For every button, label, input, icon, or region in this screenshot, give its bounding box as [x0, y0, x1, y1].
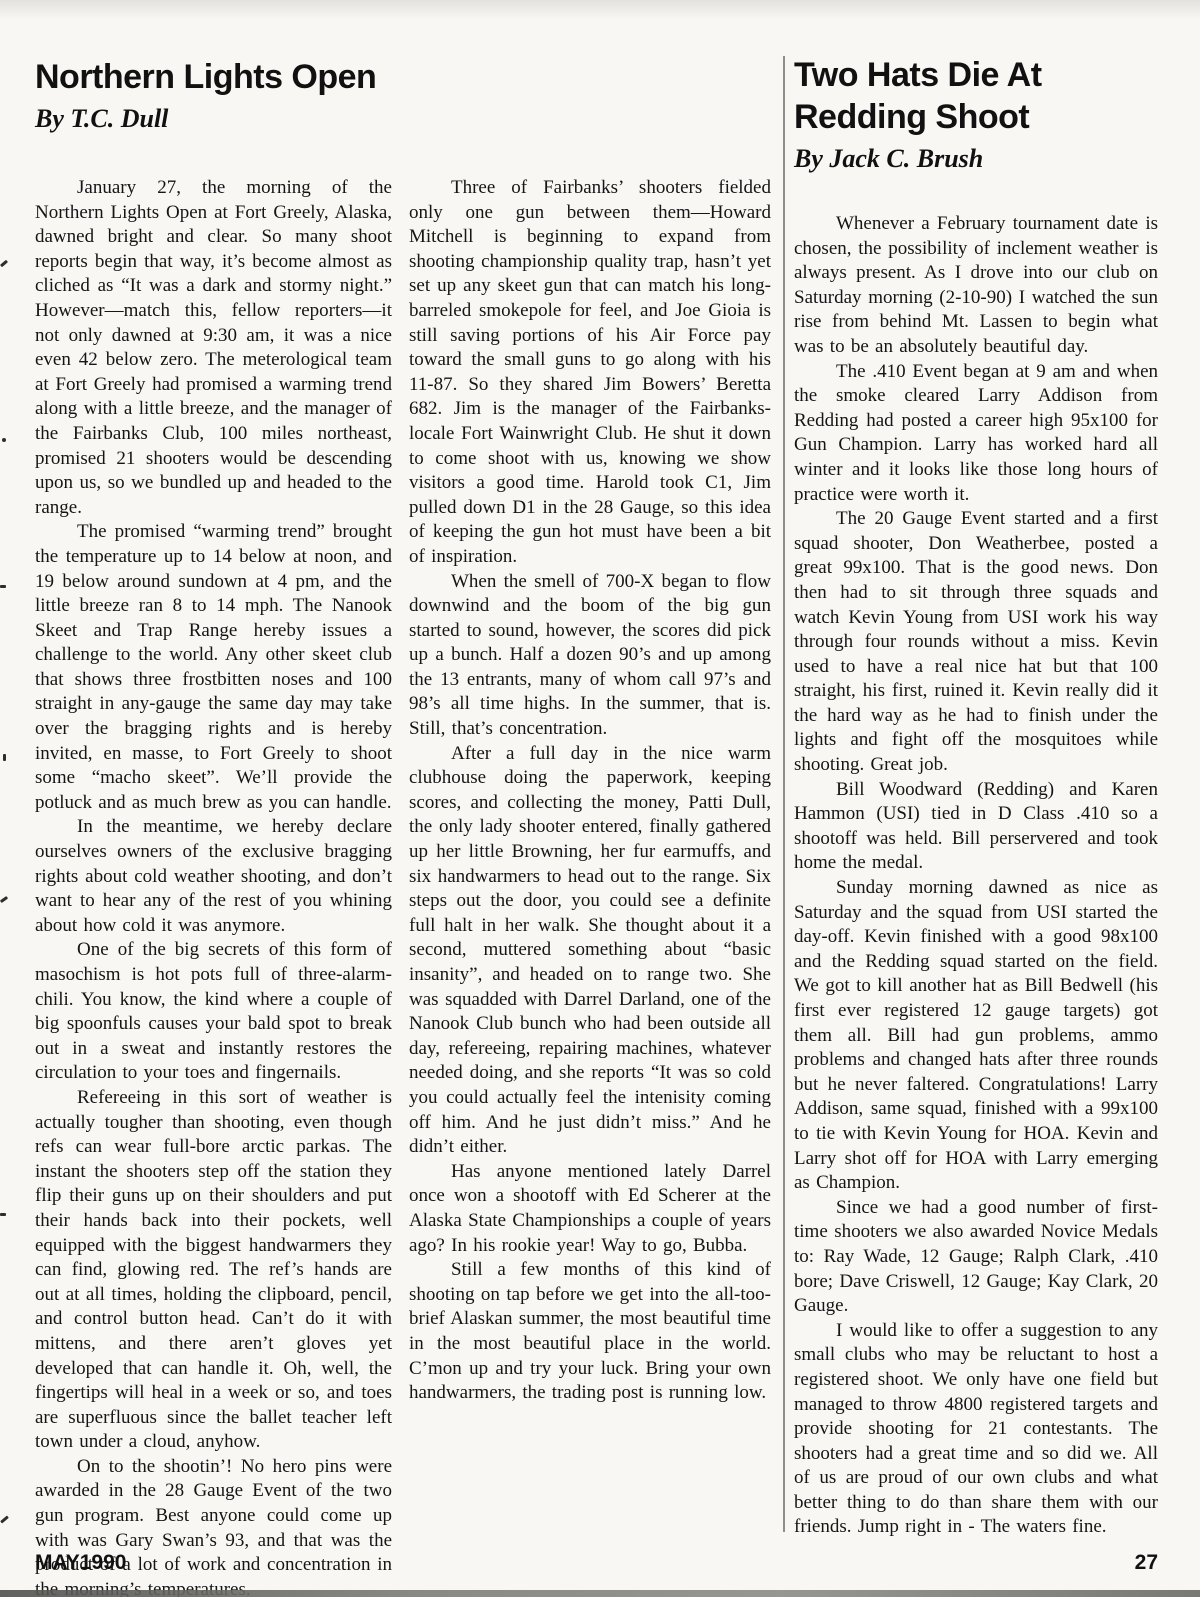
article-byline: By T.C. Dull	[35, 104, 395, 134]
scan-mark	[0, 896, 8, 903]
paragraph: On to the shootin’! No hero pins were aw…	[35, 1455, 392, 1597]
magazine-page: Northern Lights Open By T.C. Dull Two Ha…	[0, 0, 1200, 1597]
paragraph: After a full day in the nice warm clubho…	[409, 742, 771, 1160]
paragraph: The promised “warming trend” brought the…	[35, 520, 392, 815]
paragraph: Whenever a February tournament date is c…	[794, 212, 1158, 360]
paragraph: When the smell of 700-X began to flow do…	[409, 570, 771, 742]
paragraph: Three of Fairbanks’ shooters fielded onl…	[409, 176, 771, 570]
article-header-northern-lights: Northern Lights Open By T.C. Dull	[35, 56, 395, 134]
paragraph: The .410 Event began at 9 am and when th…	[794, 360, 1158, 508]
paragraph: Bill Woodward (Redding) and Karen Hammon…	[794, 778, 1158, 876]
scan-edge-bottom	[0, 1590, 1200, 1597]
paragraph: Since we had a good number of first-time…	[794, 1196, 1158, 1319]
column-3: Whenever a February tournament date is c…	[794, 212, 1158, 1540]
scan-mark	[3, 754, 6, 761]
footer-month: MAY1990	[35, 1551, 126, 1575]
article-title: Northern Lights Open	[35, 56, 395, 98]
scan-mark	[0, 585, 6, 588]
paragraph: Refereeing in this sort of weather is ac…	[35, 1086, 392, 1455]
paragraph: One of the big secrets of this form of m…	[35, 938, 392, 1086]
scan-mark	[2, 438, 6, 442]
column-2: Three of Fairbanks’ shooters fielded onl…	[409, 176, 771, 1406]
article-byline: By Jack C. Brush	[794, 144, 1166, 174]
paragraph: Still a few months of this kind of shoot…	[409, 1258, 771, 1406]
scan-mark	[0, 1213, 6, 1216]
page-number: 27	[1135, 1551, 1158, 1575]
column-divider	[783, 56, 785, 1532]
paragraph: In the meantime, we hereby declare ourse…	[35, 815, 392, 938]
paragraph: The 20 Gauge Event started and a first s…	[794, 507, 1158, 778]
article-header-two-hats: Two Hats Die At Redding Shoot By Jack C.…	[794, 54, 1166, 174]
scan-mark	[0, 260, 8, 267]
scan-mark	[0, 1515, 9, 1523]
article-title-line2: Redding Shoot	[794, 96, 1166, 138]
column-1: January 27, the morning of the Northern …	[35, 176, 392, 1597]
scan-noise-top	[0, 0, 1200, 20]
article-title-line1: Two Hats Die At	[794, 54, 1166, 96]
paragraph: Sunday morning dawned as nice as Saturda…	[794, 876, 1158, 1196]
paragraph: January 27, the morning of the Northern …	[35, 176, 392, 520]
paragraph: I would like to offer a suggestion to an…	[794, 1319, 1158, 1540]
paragraph: Has anyone mentioned lately Darrel once …	[409, 1160, 771, 1258]
